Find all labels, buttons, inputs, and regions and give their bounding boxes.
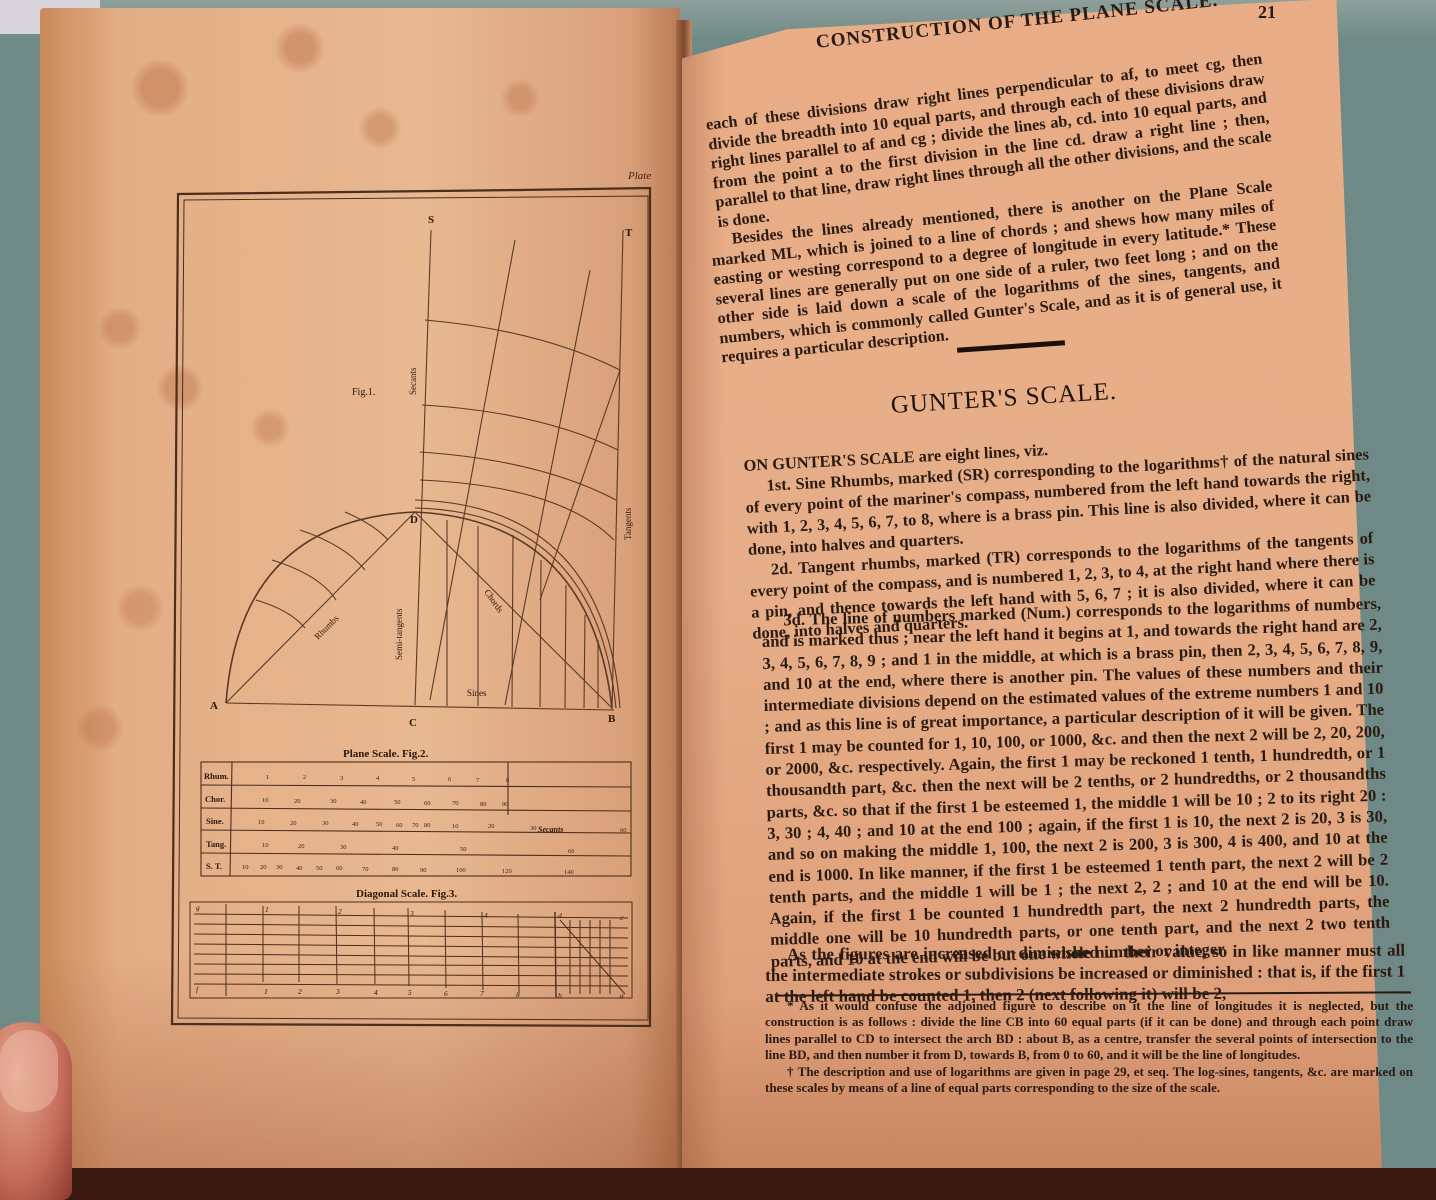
svg-text:d: d xyxy=(558,911,562,920)
svg-text:30: 30 xyxy=(340,844,347,851)
section-title: GUNTER'S SCALE. xyxy=(890,378,1118,420)
svg-text:40: 40 xyxy=(352,821,359,828)
table-surface xyxy=(0,1168,1436,1200)
svg-text:70: 70 xyxy=(452,800,459,807)
svg-text:70: 70 xyxy=(412,822,419,829)
svg-text:5: 5 xyxy=(408,988,412,997)
svg-text:2: 2 xyxy=(303,774,306,781)
svg-text:50: 50 xyxy=(460,846,467,853)
svg-text:6: 6 xyxy=(444,989,448,998)
svg-text:50: 50 xyxy=(316,865,323,872)
svg-text:80: 80 xyxy=(392,866,399,873)
svg-text:6: 6 xyxy=(448,776,452,783)
svg-text:8: 8 xyxy=(516,990,520,999)
svg-text:7: 7 xyxy=(476,777,480,784)
svg-text:60: 60 xyxy=(568,848,575,855)
svg-text:50: 50 xyxy=(394,799,401,806)
line-of-numbers: 3d. The line of numbers marked (Num.) co… xyxy=(761,593,1391,972)
svg-text:10: 10 xyxy=(452,823,459,830)
svg-text:60: 60 xyxy=(336,865,343,872)
svg-text:1: 1 xyxy=(265,905,269,914)
svg-text:60: 60 xyxy=(396,822,403,829)
svg-text:f: f xyxy=(196,985,199,994)
figure-3-diagonal-scale: Diagonal Scale. Fig.3. xyxy=(190,888,632,1000)
svg-text:30: 30 xyxy=(330,798,337,805)
svg-text:Fig.1.: Fig.1. xyxy=(352,387,375,398)
svg-text:30: 30 xyxy=(530,825,537,832)
svg-text:Chor.: Chor. xyxy=(205,794,225,804)
svg-text:b: b xyxy=(558,991,562,1000)
svg-text:Plane Scale. Fig.2.: Plane Scale. Fig.2. xyxy=(343,748,428,760)
svg-text:4: 4 xyxy=(484,911,488,920)
svg-text:20: 20 xyxy=(298,843,305,850)
svg-text:20: 20 xyxy=(488,823,495,830)
svg-text:D: D xyxy=(410,514,418,526)
svg-text:3: 3 xyxy=(409,909,414,918)
svg-text:8: 8 xyxy=(506,777,509,784)
svg-text:90: 90 xyxy=(420,867,427,874)
svg-text:10: 10 xyxy=(262,842,269,849)
svg-text:Sine.: Sine. xyxy=(206,816,224,826)
svg-text:60: 60 xyxy=(424,800,431,807)
svg-text:1: 1 xyxy=(266,774,269,781)
svg-text:T: T xyxy=(625,227,633,239)
svg-text:B: B xyxy=(608,713,616,725)
svg-text:90: 90 xyxy=(502,801,509,808)
svg-text:S. T.: S. T. xyxy=(206,861,222,871)
svg-text:50: 50 xyxy=(376,821,383,828)
svg-text:30: 30 xyxy=(322,820,329,827)
svg-text:80: 80 xyxy=(480,801,487,808)
svg-text:100: 100 xyxy=(456,867,466,874)
svg-text:g: g xyxy=(196,903,200,912)
svg-text:3: 3 xyxy=(340,775,343,782)
thumbnail xyxy=(0,1030,58,1112)
svg-text:2: 2 xyxy=(298,987,302,996)
svg-text:Rhum.: Rhum. xyxy=(204,771,229,781)
svg-text:20: 20 xyxy=(290,820,297,827)
svg-text:A: A xyxy=(210,700,218,712)
svg-text:140: 140 xyxy=(564,869,574,876)
svg-text:2: 2 xyxy=(338,907,342,916)
footnote-1: * As it would confuse the adjoined figur… xyxy=(765,998,1413,1064)
svg-text:Diagonal Scale. Fig.3.: Diagonal Scale. Fig.3. xyxy=(356,888,457,900)
svg-text:7: 7 xyxy=(480,989,484,998)
svg-text:Tangents: Tangents xyxy=(623,507,633,540)
svg-text:10: 10 xyxy=(262,797,269,804)
figure-1-geometry xyxy=(226,230,623,710)
svg-text:70: 70 xyxy=(362,866,369,873)
svg-text:1: 1 xyxy=(264,987,268,996)
svg-text:3: 3 xyxy=(335,987,340,996)
svg-text:40: 40 xyxy=(360,799,367,806)
svg-text:S: S xyxy=(428,214,434,226)
svg-text:20: 20 xyxy=(260,864,267,871)
svg-text:Semi-tangents: Semi-tangents xyxy=(394,608,404,660)
footnotes: * As it would confuse the adjoined figur… xyxy=(765,998,1413,1096)
right-page-text: 21 CONSTRUCTION OF THE PLANE SCALE. each… xyxy=(695,0,1395,1200)
svg-text:40: 40 xyxy=(392,845,399,852)
svg-text:Secants: Secants xyxy=(408,367,418,395)
svg-text:Tang.: Tang. xyxy=(206,839,226,849)
svg-text:Secants: Secants xyxy=(538,825,563,834)
svg-text:a: a xyxy=(620,991,624,1000)
paragraph-6: 3d. The line of numbers marked (Num.) co… xyxy=(761,593,1391,972)
svg-text:30: 30 xyxy=(276,864,283,871)
svg-text:C: C xyxy=(409,717,417,729)
page-number: 21 xyxy=(1258,2,1276,23)
paragraph-7: As the figures are increased or diminish… xyxy=(765,940,1405,1007)
svg-text:40: 40 xyxy=(296,865,303,872)
svg-text:10: 10 xyxy=(242,864,249,871)
figure-2-plane-scale: Plane Scale. Fig.2. Rhum. Chor. Sine. Ta… xyxy=(201,748,631,876)
svg-text:10: 10 xyxy=(258,819,265,826)
running-head: CONSTRUCTION OF THE PLANE SCALE. xyxy=(815,0,1219,54)
footnote-2: † The description and use of logarithms … xyxy=(765,1064,1413,1097)
svg-text:4: 4 xyxy=(374,988,378,997)
svg-text:5: 5 xyxy=(412,776,415,783)
figures-increased: As the figures are increased or diminish… xyxy=(765,940,1405,1007)
svg-text:60: 60 xyxy=(620,827,627,834)
svg-text:Rhumbs: Rhumbs xyxy=(312,613,341,642)
svg-text:120: 120 xyxy=(502,868,512,875)
svg-text:80: 80 xyxy=(424,822,431,829)
svg-text:4: 4 xyxy=(376,775,380,782)
svg-text:20: 20 xyxy=(294,798,301,805)
svg-text:Chords: Chords xyxy=(482,587,505,614)
svg-text:Sines: Sines xyxy=(467,688,487,698)
figure-1-labels: S T A B C D Fig.1. Secants Tangents Semi… xyxy=(210,214,633,729)
